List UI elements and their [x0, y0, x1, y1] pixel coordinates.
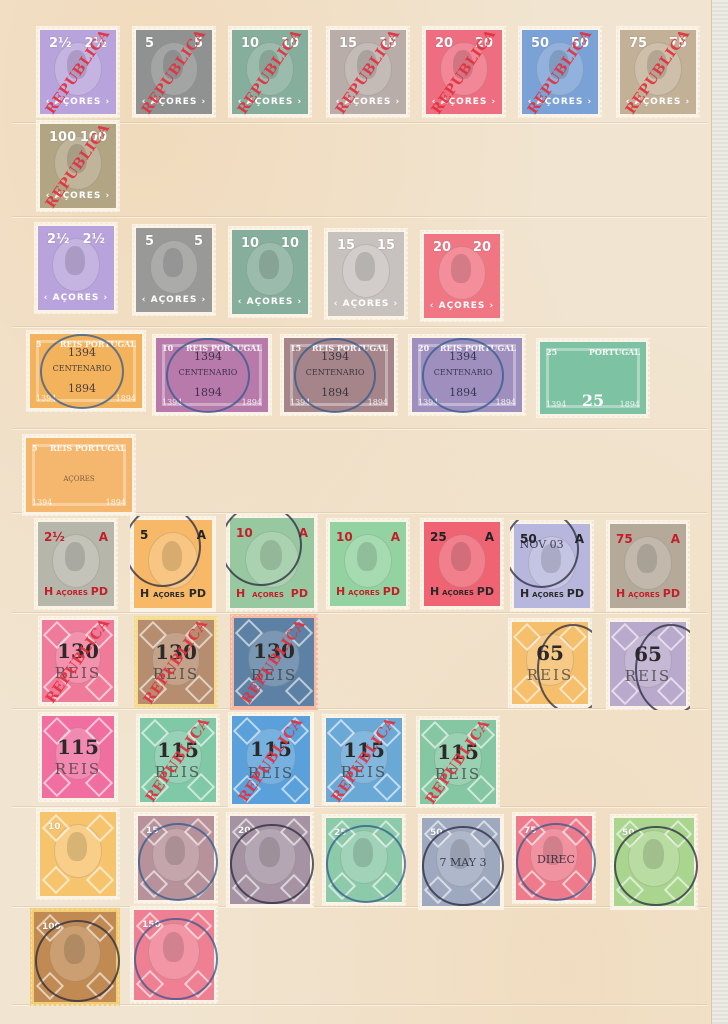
country-label: AÇORES	[56, 589, 88, 597]
stamp[interactable]: 2½2½‹ AÇORES ›REPUBLICA	[36, 26, 120, 118]
country-label: AÇORES	[153, 591, 185, 599]
stamp[interactable]: 150	[130, 906, 218, 1004]
stamp-header: 20REIS PORTUGAL	[418, 343, 516, 353]
value-left: 20	[433, 241, 451, 254]
value-left: 20	[435, 37, 453, 50]
stamp-bottom: HAÇORESPD	[236, 587, 308, 600]
stamp-face: 10AHAÇORESPD	[230, 518, 314, 608]
stamp[interactable]: 115REISREPUBLICA	[228, 712, 314, 808]
stamp-years: 13941894	[290, 398, 388, 407]
stamp[interactable]: 2½AHAÇORESPD	[34, 518, 118, 610]
country-label: ‹ AÇORES ›	[232, 297, 308, 307]
value-left: 10	[162, 343, 173, 353]
header-right: REIS PORTUGAL	[50, 443, 126, 453]
value-suffix: A	[99, 530, 108, 544]
stamp-face: 25	[326, 818, 402, 902]
stamp-face: 1515‹ AÇORES ›	[328, 232, 404, 316]
stamp-face: 10REIS PORTUGAL13941894	[156, 338, 268, 412]
value-left: 75	[629, 37, 647, 50]
header-right: REIS PORTUGAL	[440, 343, 516, 353]
stamp-face: 25AHAÇORESPD	[424, 522, 500, 606]
value-right: 15	[377, 239, 395, 252]
value-right: 20	[473, 241, 491, 254]
portrait-head	[353, 838, 373, 867]
value-left: 15	[290, 343, 301, 353]
stockbook-strip	[12, 216, 707, 217]
value-left: 15	[339, 37, 357, 50]
stamp-face: 10	[40, 812, 116, 896]
stamp[interactable]: 7575‹ AÇORES ›REPUBLICA	[616, 26, 700, 118]
stamp[interactable]: 5050‹ AÇORES ›REPUBLICA	[518, 26, 602, 118]
stamp-face: 20	[230, 816, 310, 904]
stamp[interactable]: 115REISREPUBLICA	[136, 714, 220, 806]
year-left: 1394	[36, 394, 56, 403]
value-left: 2½	[47, 233, 70, 246]
portrait-head	[543, 836, 563, 865]
stamp[interactable]: 1515‹ AÇORES ›REPUBLICA	[326, 26, 410, 118]
letters-right: PD	[291, 587, 308, 600]
value: 25	[334, 827, 347, 840]
stamp-header: 15REIS PORTUGAL	[290, 343, 388, 353]
stamp[interactable]: 115REISREPUBLICA	[416, 716, 500, 808]
letters-right: PD	[663, 587, 680, 600]
surcharge-value: 115	[42, 737, 114, 757]
portrait-head	[65, 246, 85, 275]
year-right: 1894	[368, 398, 388, 407]
portrait-head	[163, 248, 183, 277]
value-left: 25	[546, 347, 557, 357]
surcharge-reis: REIS	[610, 667, 686, 685]
portrait-head	[67, 832, 87, 861]
value-left: 10	[241, 37, 259, 50]
stamp-face: 115REISREPUBLICA	[326, 718, 402, 802]
stamp-face: 5AHAÇORESPD	[134, 520, 212, 608]
stamp[interactable]: 50AHAÇORESPDNOV 03	[510, 520, 594, 612]
letter-left: H	[616, 587, 625, 600]
stamp[interactable]: 130REISREPUBLICA	[230, 614, 318, 710]
letters-right: PD	[477, 585, 494, 598]
stockbook-strip	[12, 708, 707, 709]
letter-left: H	[140, 587, 149, 600]
value: 25	[430, 530, 447, 544]
portrait-head	[162, 541, 182, 571]
stamp-face: 75AHAÇORESPD	[610, 524, 686, 608]
stamp[interactable]: 20REIS PORTUGAL139418941394CENTENARIO189…	[408, 334, 526, 416]
stamp[interactable]: 5AHAÇORESPD	[130, 516, 216, 612]
portrait-head	[259, 837, 280, 867]
value: 100	[42, 921, 61, 934]
stamp-face: 55‹ AÇORES ›REPUBLICA	[136, 30, 212, 114]
portrait-head	[259, 250, 279, 279]
portrait-head	[643, 839, 664, 869]
country-label: AÇORES	[442, 589, 474, 597]
page-edge	[711, 0, 728, 1024]
year-left: 1394	[162, 398, 182, 407]
stamp[interactable]: 55‹ AÇORES ›REPUBLICA	[132, 26, 216, 118]
country-label: ‹ AÇORES ›	[424, 301, 500, 311]
letters-right: PD	[189, 587, 206, 600]
value-left: 50	[531, 37, 549, 50]
stamp-face: 2½2½‹ AÇORES ›	[38, 226, 114, 310]
stamp-face: 130REISREPUBLICA	[138, 620, 214, 704]
stamp[interactable]: 65REIS	[606, 618, 690, 710]
stamp-face: 2½AHAÇORESPD	[38, 522, 114, 606]
portrait-head	[450, 839, 470, 869]
stamp-face: 115REIS	[42, 716, 114, 798]
stamp-face: 1010‹ AÇORES ›	[232, 230, 308, 314]
value: 75	[524, 825, 537, 838]
stamp[interactable]: 15REIS PORTUGAL139418941394CENTENARIO189…	[280, 334, 398, 416]
stamp[interactable]: 10AHAÇORESPD	[226, 514, 318, 612]
stamp[interactable]: 75AHAÇORESPD	[606, 520, 690, 612]
letter-left: H	[336, 585, 345, 598]
stamp[interactable]: 2½2½‹ AÇORES ›	[34, 222, 118, 314]
stamp-face: 65REIS	[610, 622, 686, 706]
stamp-face: 5050‹ AÇORES ›REPUBLICA	[522, 30, 598, 114]
country-label: AÇORES	[628, 591, 660, 599]
value: 2½	[44, 530, 65, 544]
stamp-years: 13941894	[32, 498, 126, 507]
value-left: 20	[418, 343, 429, 353]
letter-left: H	[520, 587, 529, 600]
stamp-header: 10REIS PORTUGAL	[162, 343, 262, 353]
stamp-face: 130REISREPUBLICA	[42, 620, 114, 702]
portrait-head	[65, 542, 85, 571]
stamp-face: 2020‹ AÇORES ›REPUBLICA	[426, 30, 502, 114]
year-left: 1394	[32, 498, 52, 507]
stamp-face: 65REIS	[512, 622, 588, 704]
stockbook-strip	[12, 428, 707, 429]
stamp[interactable]: 130REISREPUBLICA	[38, 616, 118, 706]
letters-right: PD	[567, 587, 584, 600]
value-left: 2½	[49, 37, 72, 50]
stamp-years: 13941894	[36, 394, 136, 403]
stamp[interactable]: 1515‹ AÇORES ›	[324, 228, 408, 320]
year-left: 1394	[418, 398, 438, 407]
country-label: ‹ AÇORES ›	[136, 295, 212, 305]
stamp-bottom: HAÇORESPD	[430, 585, 494, 598]
stockbook-strip	[12, 806, 707, 807]
portrait-head	[541, 544, 561, 573]
stamp-face: 1515‹ AÇORES ›REPUBLICA	[330, 30, 406, 114]
stamp[interactable]: 25AHAÇORESPD	[420, 518, 504, 610]
surcharge-value: 65	[512, 643, 588, 663]
year-left: 1394	[290, 398, 310, 407]
country-label: ‹ AÇORES ›	[38, 293, 114, 303]
stamp-face: 25PORTUGAL1394189425	[540, 342, 646, 414]
stamp[interactable]: 55‹ AÇORES ›	[132, 224, 216, 316]
stamp-header: 25PORTUGAL	[546, 347, 640, 357]
stamp-face: 100100‹ AÇORES ›REPUBLICA	[40, 124, 116, 208]
stamp-face: 2½2½‹ AÇORES ›REPUBLICA	[40, 30, 116, 114]
stamp[interactable]: 25PORTUGAL1394189425	[536, 338, 650, 418]
stamp-years: 13941894	[418, 398, 516, 407]
value-suffix: A	[197, 528, 206, 542]
value: 50	[520, 532, 537, 546]
year-right: 1894	[106, 498, 126, 507]
portrait-head	[163, 932, 184, 963]
stamp-face: 50AHAÇORESPD	[514, 524, 590, 608]
value: 15	[146, 825, 159, 838]
value: 150	[142, 919, 161, 932]
stamp[interactable]: 10REIS PORTUGAL139418941394CENTENARIO189…	[152, 334, 272, 416]
stamp-face: 15	[138, 816, 214, 900]
stamp[interactable]: 20	[226, 812, 314, 908]
value-bottom: 25	[540, 391, 646, 410]
portrait-head	[64, 934, 85, 965]
stamp[interactable]: 130REISREPUBLICA	[134, 616, 218, 708]
stamp-face: 75	[516, 816, 592, 900]
value: 10	[48, 821, 61, 834]
stamp[interactable]: 75DIREC	[512, 812, 596, 904]
year-right: 1894	[496, 398, 516, 407]
stamp-face: 115REISREPUBLICA	[140, 718, 216, 802]
stamp-face: 2020‹ AÇORES ›	[424, 234, 500, 318]
value: 10	[336, 530, 353, 544]
year-right: 1894	[242, 398, 262, 407]
portrait-head	[165, 836, 185, 865]
letter-left: H	[430, 585, 439, 598]
country-label: AÇORES	[348, 589, 380, 597]
value-left: 5	[145, 235, 154, 248]
country-label: ‹ AÇORES ›	[328, 299, 404, 309]
value-suffix: A	[299, 526, 308, 540]
header-right: PORTUGAL	[589, 347, 640, 357]
surcharge-value: 65	[610, 644, 686, 664]
value-right: 5	[194, 235, 203, 248]
stamp-years: 13941894	[162, 398, 262, 407]
stamp[interactable]: 100	[30, 908, 120, 1006]
stamp[interactable]: 115REIS	[38, 712, 118, 802]
value-suffix: A	[485, 530, 494, 544]
value-right: 10	[281, 237, 299, 250]
stamp-bottom: HAÇORESPD	[44, 585, 108, 598]
stamp-face: 55‹ AÇORES ›	[136, 228, 212, 312]
value-suffix: A	[575, 532, 584, 546]
stamp-face: 20REIS PORTUGAL13941894	[412, 338, 522, 412]
stamp-face: 115REISREPUBLICA	[420, 720, 496, 804]
stamp[interactable]: 65REIS	[508, 618, 592, 708]
stamp[interactable]: 5REIS PORTUGAL139418941394CENTENARIO1894	[26, 330, 146, 412]
stamp-frame	[418, 344, 516, 406]
portrait-head	[260, 540, 282, 571]
value: 50	[622, 827, 635, 840]
stamp-bottom: HAÇORESPD	[140, 587, 206, 600]
stamp-header: 5REIS PORTUGAL	[32, 443, 126, 453]
stamp[interactable]: 50	[610, 814, 698, 910]
stamp-face: 150	[134, 910, 214, 1000]
stamp[interactable]: 1010‹ AÇORES ›REPUBLICA	[228, 26, 312, 118]
value-left: 10	[241, 237, 259, 250]
surcharge-reis: REIS	[42, 760, 114, 778]
value-suffix: A	[671, 532, 680, 546]
stamp-bottom: HAÇORESPD	[616, 587, 680, 600]
stamp[interactable]: 1010‹ AÇORES ›	[228, 226, 312, 318]
stamp[interactable]: 15	[134, 812, 218, 904]
country-label: AÇORES	[252, 591, 284, 599]
letter-left: H	[236, 587, 245, 600]
acores-overprint: AÇORES	[26, 475, 132, 483]
stamp[interactable]: 10	[36, 808, 120, 900]
stamp-face: 130REISREPUBLICA	[234, 618, 314, 706]
stamp[interactable]: 507 MAY 3	[418, 814, 504, 910]
stamp[interactable]: 2020‹ AÇORES ›REPUBLICA	[422, 26, 506, 118]
value-left: 5	[36, 339, 42, 349]
country-label: AÇORES	[532, 591, 564, 599]
value-left: 5	[32, 443, 38, 453]
stamp-face: 50	[614, 818, 694, 906]
stamp[interactable]: 2020‹ AÇORES ›	[420, 230, 504, 322]
stamp[interactable]: 5REIS PORTUGAL13941894AÇORES	[22, 434, 136, 516]
surcharge-reis: REIS	[512, 666, 588, 684]
stamp-face: 50	[422, 818, 500, 906]
value-left: 100	[49, 131, 76, 144]
value-suffix: A	[391, 530, 400, 544]
header-right: REIS PORTUGAL	[186, 343, 262, 353]
stamp-face: 5REIS PORTUGAL13941894AÇORES	[26, 438, 132, 512]
value-left: 5	[145, 37, 154, 50]
portrait-head	[357, 542, 377, 571]
letter-left: H	[44, 585, 53, 598]
stockbook-strip	[12, 612, 707, 613]
value-right: 2½	[82, 233, 105, 246]
stamp-header: 5REIS PORTUGAL	[36, 339, 136, 349]
stamp-frame	[162, 344, 262, 406]
stockbook-strip	[12, 326, 707, 327]
value: 50	[430, 827, 443, 840]
stamp[interactable]: 100100‹ AÇORES ›REPUBLICA	[36, 120, 120, 212]
letters-right: PD	[91, 585, 108, 598]
stamp[interactable]: 10AHAÇORESPD	[326, 518, 410, 610]
stamp-face: 5REIS PORTUGAL13941894	[30, 334, 142, 408]
stamp-bottom: HAÇORESPD	[336, 585, 400, 598]
portrait-head	[451, 542, 471, 571]
letters-right: PD	[383, 585, 400, 598]
value: 20	[238, 825, 251, 838]
portrait-head	[637, 544, 657, 573]
stamp-frame	[290, 344, 388, 406]
value: 75	[616, 532, 633, 546]
stamp-face: 115REISREPUBLICA	[232, 716, 310, 804]
header-right: REIS PORTUGAL	[312, 343, 388, 353]
stamp-frame	[36, 340, 136, 402]
stockbook-strip	[12, 906, 707, 907]
value-left: 15	[337, 239, 355, 252]
portrait-head	[451, 254, 471, 283]
stamp-face: 15REIS PORTUGAL13941894	[284, 338, 394, 412]
portrait-head	[355, 252, 375, 281]
stamp-face: 7575‹ AÇORES ›REPUBLICA	[620, 30, 696, 114]
stamp[interactable]: 25	[322, 814, 406, 906]
stamp[interactable]: 115REISREPUBLICA	[322, 714, 406, 806]
stamp-bottom: HAÇORESPD	[520, 587, 584, 600]
value: 5	[140, 528, 148, 542]
value: 10	[236, 526, 253, 540]
stamp-face: 1010‹ AÇORES ›REPUBLICA	[232, 30, 308, 114]
stamp-face: 100	[34, 912, 116, 1002]
year-right: 1894	[116, 394, 136, 403]
stamp-face: 10AHAÇORESPD	[330, 522, 406, 606]
header-right: REIS PORTUGAL	[60, 339, 136, 349]
